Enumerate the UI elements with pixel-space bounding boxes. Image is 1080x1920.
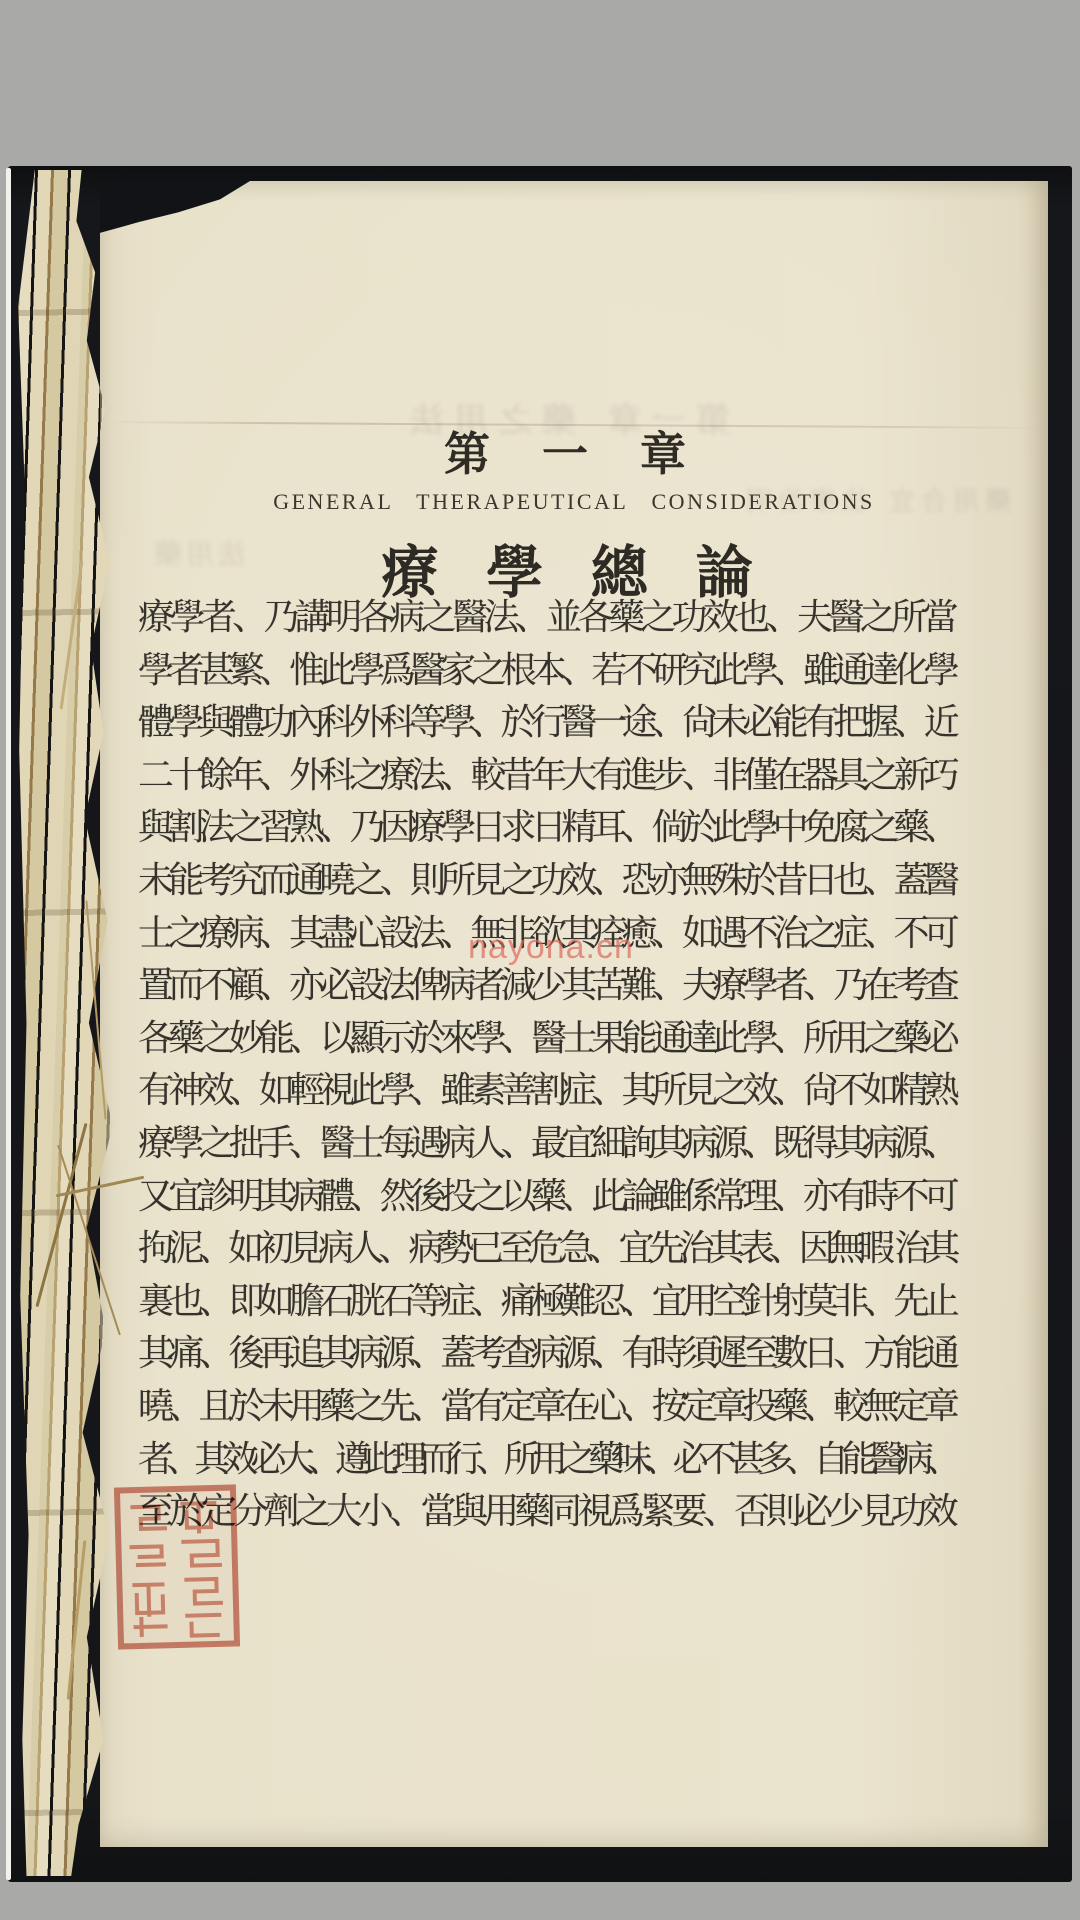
- body-line: 體學與體功內科外科等學、於行醫一途、尙未必能有把握、近: [138, 697, 954, 750]
- body-line: 置而不顧、亦必設法俾病者減少其苦難、夫療學者、乃在考查: [138, 960, 954, 1013]
- scanned-book-photo: 第一章 藥之用法 藥用合宜 法療治明 法用藥 第 一 章 GENERAL THE…: [0, 0, 1080, 1920]
- body-line: 與割法之習熟、乃因療學日求日精耳、倘於此學中免腐之藥、: [138, 802, 954, 855]
- site-watermark: nayona.cn: [468, 928, 634, 967]
- page-edge-sliver: [6, 168, 11, 1880]
- body-line: 各藥之妙能、以顯示於來學、醫士果能通達此學、所用之藥必: [138, 1013, 954, 1066]
- body-line: 學者甚繁、惟此學爲醫家之根本、若不研究此學、雖通達化學: [138, 645, 954, 698]
- body-line: 至於定分劑之大小、當與用藥同視爲緊要、否則必少見功效: [138, 1486, 954, 1539]
- body-line: 又宜診明其病體、然後投之以藥、此論雖係常理、亦有時不可: [138, 1171, 954, 1224]
- body-line: 其痛、後再追其病源、蓋考查病源、有時須遲至數日、方能通: [138, 1328, 954, 1381]
- body-line: 曉、且於未用藥之先、當有定章在心、按定章投藥、較無定章: [138, 1381, 954, 1434]
- body-line: 療學者、乃講明各病之醫法、並各藥之功效也、夫醫之所當: [138, 592, 954, 645]
- body-line: 者、其效必大、遵此理而行、所用之藥味、必不甚多、自能醫病、: [138, 1434, 954, 1487]
- body-line: 二十餘年、外科之療法、較昔年大有進步、非僅在器具之新巧: [138, 750, 954, 803]
- body-line: 有神效、如輕視此學、雖素善割症、其所見之效、尙不如精熟: [138, 1065, 954, 1118]
- body-text: 療學者、乃講明各病之醫法、並各藥之功效也、夫醫之所當 學者甚繁、惟此學爲醫家之根…: [138, 592, 954, 1539]
- seal-graphic: [112, 1482, 242, 1651]
- english-title: GENERAL THERAPEUTICAL CONSIDERATIONS: [100, 489, 1048, 515]
- red-seal-stamp: [112, 1482, 242, 1651]
- body-line: 未能考究而通曉之、則所見之功效、恐亦無殊於昔日也、蓋醫: [138, 855, 954, 908]
- body-line: 療學之拙手、醫士每遇病人、最宜細詢其病源、既得其病源、: [138, 1118, 954, 1171]
- chapter-heading: 第 一 章: [100, 418, 1048, 484]
- body-line: 拘泥、如初見病人、病勢已至危急、宜先治其表、因無暇 治其: [138, 1223, 954, 1276]
- body-line: 裏也、即如膽石胱石等症、痛極難忍、宜用空針射莫非、先止: [138, 1276, 954, 1329]
